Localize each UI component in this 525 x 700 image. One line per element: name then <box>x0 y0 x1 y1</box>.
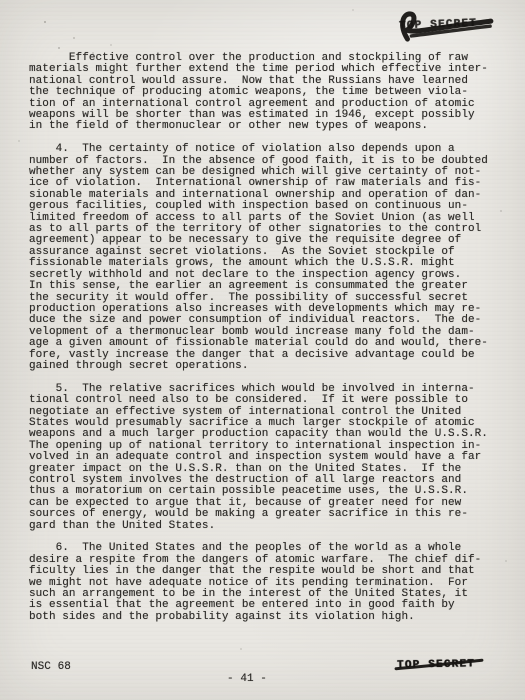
bottom-secret-stamp-text: TOP SECRET <box>397 658 475 671</box>
classification-stamp-top: TOP SECRET <box>399 18 477 33</box>
document-id: NSC 68 <box>31 661 71 673</box>
page-number: - 41 - <box>0 673 494 685</box>
paragraph-4: 4. The certainty of notice of violation … <box>29 144 499 372</box>
paper-speckles <box>0 0 2 2</box>
classification-stamp-bottom: TOP SECRET <box>397 658 475 671</box>
paragraph-5: 5. The relative sacrifices which would b… <box>29 384 499 532</box>
scanned-document-page: TOP SECRET Effective control over the pr… <box>0 0 525 700</box>
document-body: Effective control over the production an… <box>29 53 499 635</box>
paragraph-6: 6. The United States and the peoples of … <box>29 543 499 623</box>
top-secret-stamp-text: TOP SECRET <box>399 18 477 33</box>
paragraph-continuation: Effective control over the production an… <box>29 53 499 133</box>
